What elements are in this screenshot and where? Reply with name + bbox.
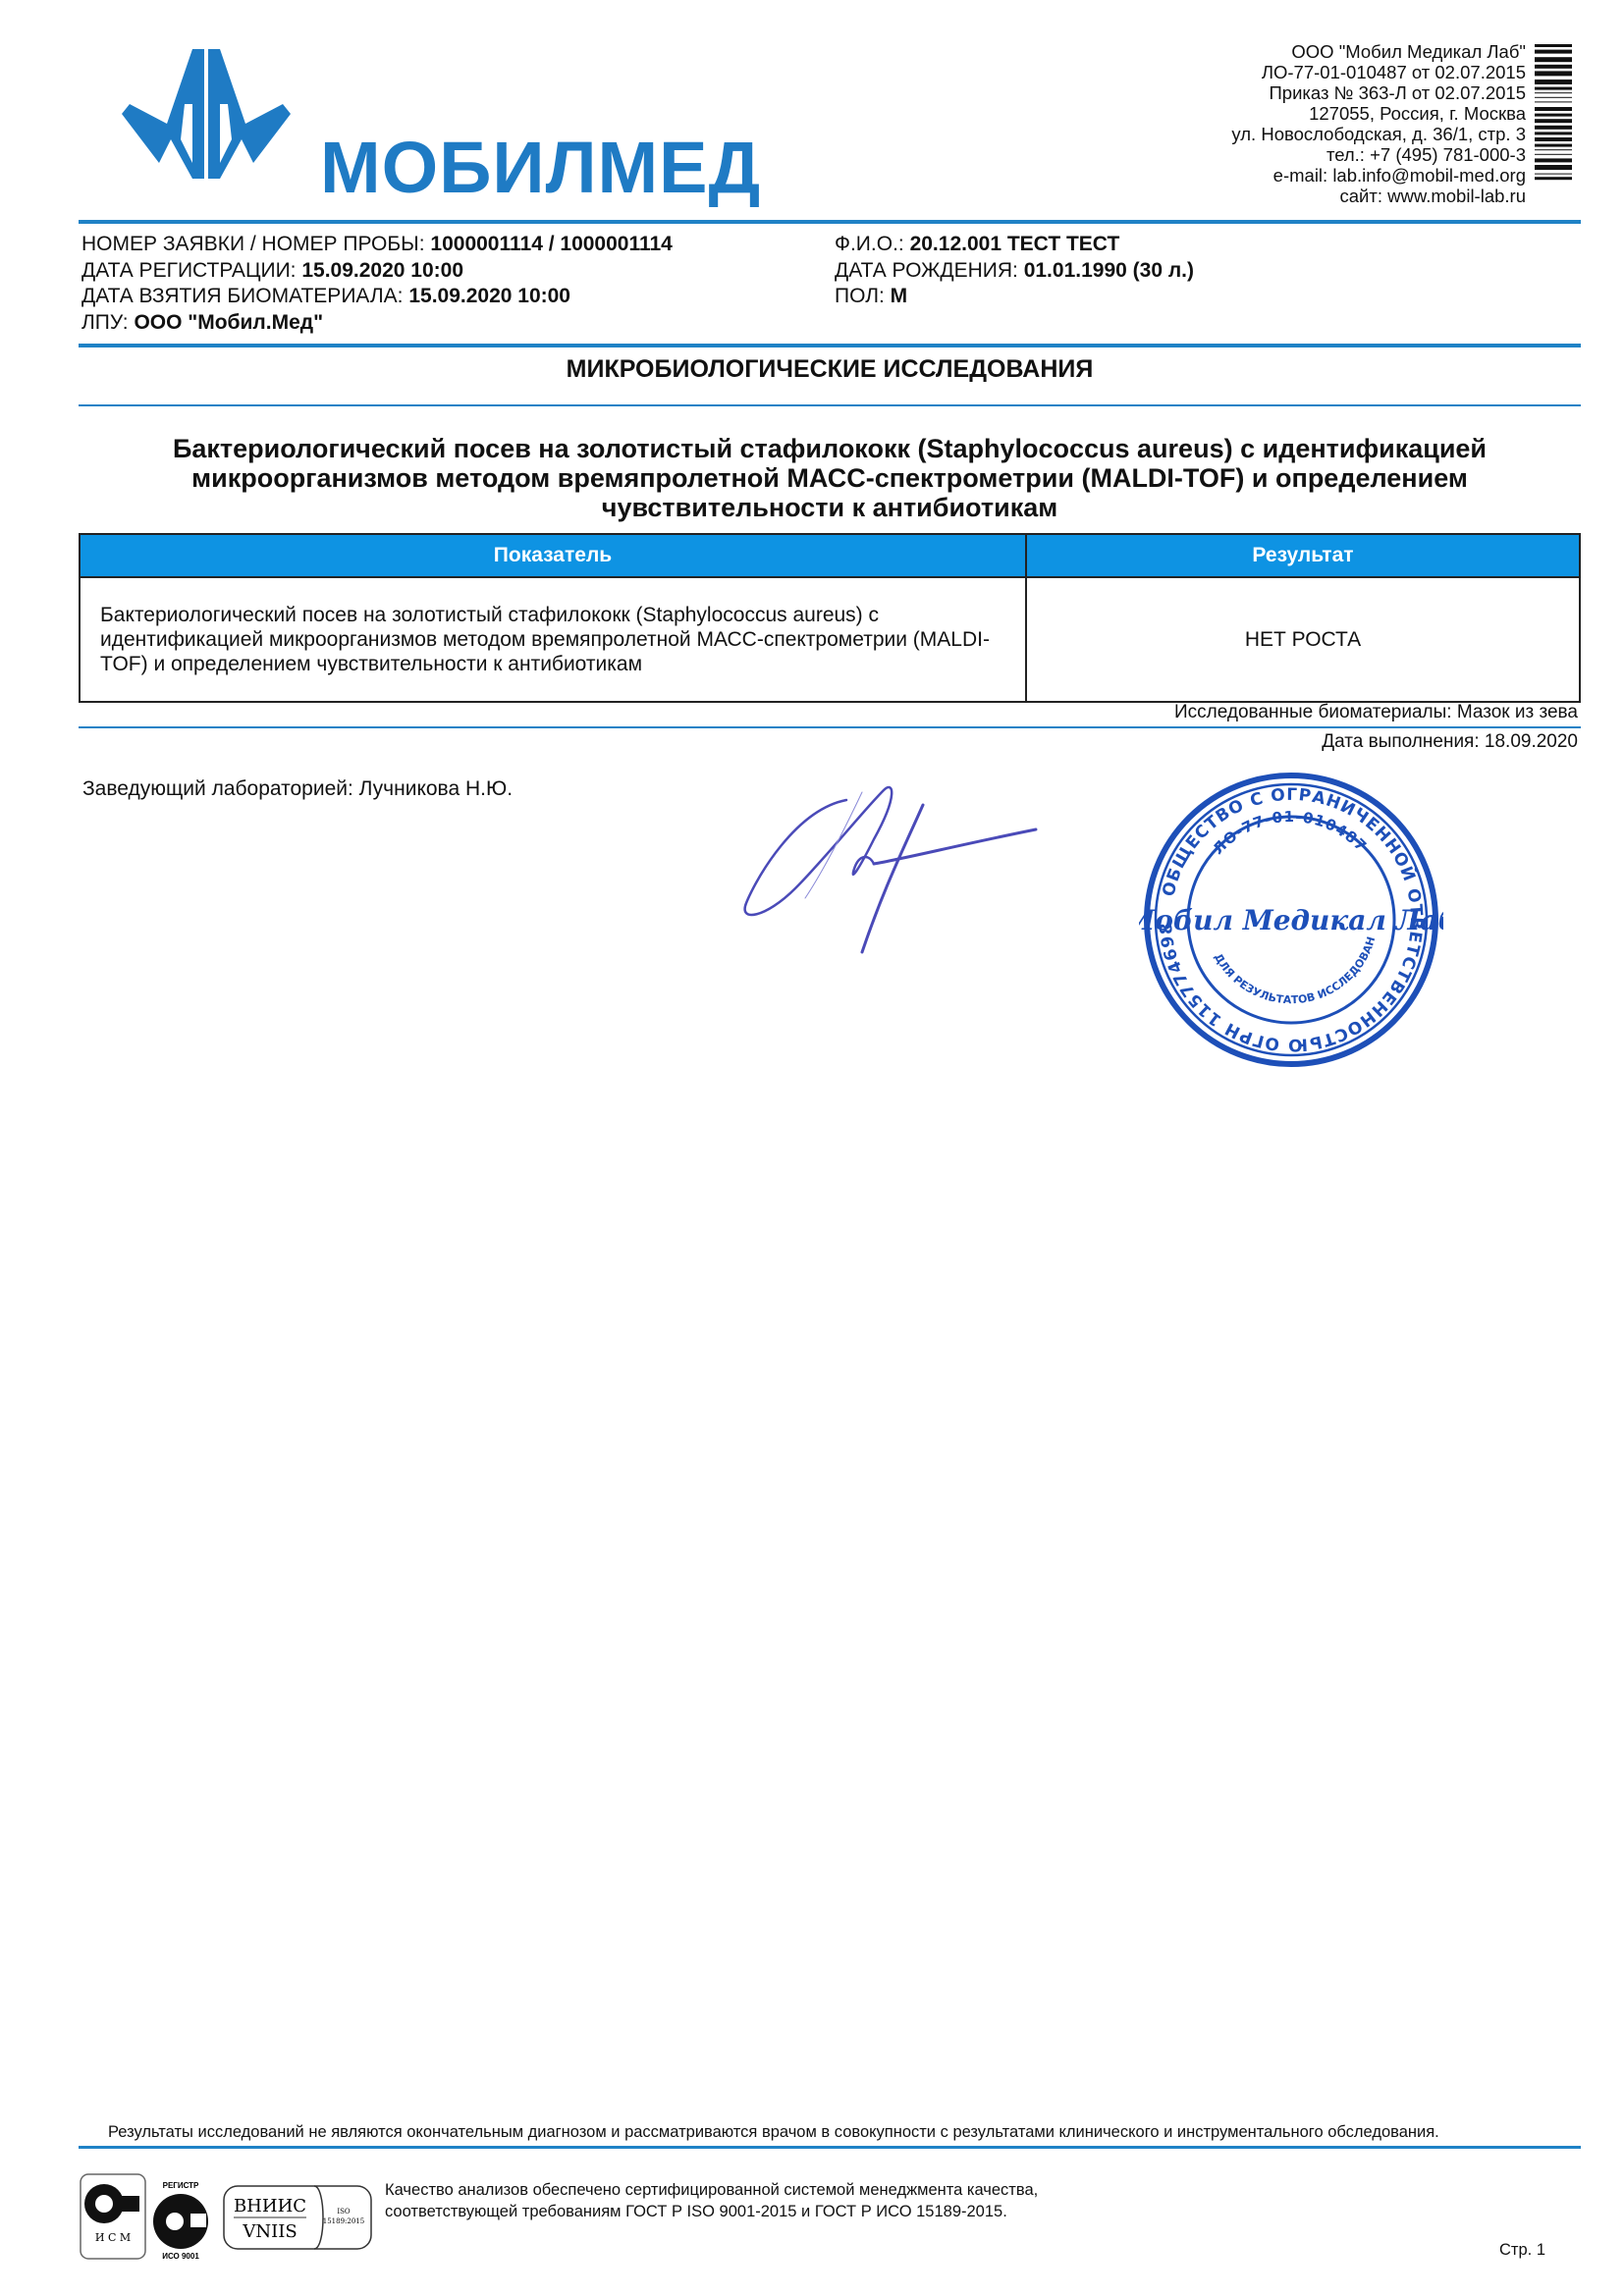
biomaterial-divider: [79, 726, 1581, 728]
org-website: сайт: www.mobil-lab.ru: [1231, 186, 1526, 206]
certification-logos: И С М РЕГИСТР ИСО 9001 ВНИИС VNIIS ISO 1…: [79, 2172, 373, 2266]
column-header-result: Результат: [1026, 534, 1580, 577]
patient-info: Ф.И.О.: 20.12.001 ТЕСТ ТЕСТ ДАТА РОЖДЕНИ…: [835, 232, 1194, 310]
quality-line-1: Качество анализов обеспечено сертифициро…: [385, 2179, 1038, 2201]
svg-text:ISO: ISO: [337, 2208, 351, 2216]
clinic-row: ЛПУ: ООО "Мобил.Мед": [81, 310, 673, 337]
page-number: Стр. 1: [1499, 2241, 1545, 2260]
org-license: ЛО-77-01-010487 от 02.07.2015: [1231, 62, 1526, 82]
table-header-row: Показатель Результат: [80, 534, 1580, 577]
registration-date-row: ДАТА РЕГИСТРАЦИИ: 15.09.2020 10:00: [81, 258, 673, 285]
test-title: Бактериологический посев на золотистый с…: [98, 434, 1561, 522]
rst-registry-cert-icon: РЕГИСТР ИСО 9001: [153, 2181, 208, 2261]
org-order: Приказ № 363-Л от 02.07.2015: [1231, 82, 1526, 103]
biomaterial-note: Исследованные биоматериалы: Мазок из зев…: [1174, 702, 1578, 723]
vniis-cert-icon: ВНИИС VNIIS ISO 15189:2015: [224, 2186, 371, 2249]
patient-name-row: Ф.И.О.: 20.12.001 ТЕСТ ТЕСТ: [835, 232, 1194, 258]
parameter-cell: Бактериологический посев на золотистый с…: [80, 577, 1026, 702]
head-of-laboratory: Заведующий лабораторией: Лучникова Н.Ю.: [82, 777, 513, 801]
company-logo-icon: [116, 45, 322, 183]
order-info: НОМЕР ЗАЯВКИ / НОМЕР ПРОБЫ: 1000001114 /…: [81, 232, 673, 336]
rst-ism-cert-icon: И С М: [81, 2174, 145, 2259]
execution-date: Дата выполнения: 18.09.2020: [1322, 731, 1578, 753]
org-city: 127055, Россия, г. Москва: [1231, 103, 1526, 124]
section-divider-top: [79, 344, 1581, 347]
results-table: Показатель Результат Бактериологический …: [79, 533, 1581, 703]
sex-row: ПОЛ: М: [835, 284, 1194, 310]
order-number-row: НОМЕР ЗАЯВКИ / НОМЕР ПРОБЫ: 1000001114 /…: [81, 232, 673, 258]
quality-statement: Качество анализов обеспечено сертифициро…: [385, 2179, 1038, 2222]
disclaimer: Результаты исследований не являются окон…: [108, 2123, 1439, 2142]
section-title: МИКРОБИОЛОГИЧЕСКИЕ ИССЛЕДОВАНИЯ: [79, 355, 1581, 384]
section-divider-bottom: [79, 404, 1581, 406]
result-cell: НЕТ РОСТА: [1026, 577, 1580, 702]
birth-date-row: ДАТА РОЖДЕНИЯ: 01.01.1990 (30 л.): [835, 258, 1194, 285]
org-phone: тел.: +7 (495) 781-000-3: [1231, 144, 1526, 165]
stamp-center-text: «Мобил Медикал Лаб»: [1139, 904, 1443, 936]
brand-name: МОБИЛМЕД: [320, 126, 761, 209]
svg-text:ИСО 9001: ИСО 9001: [162, 2252, 199, 2261]
organization-details: ООО "Мобил Медикал Лаб" ЛО-77-01-010487 …: [1231, 41, 1526, 206]
sample-date-row: ДАТА ВЗЯТИЯ БИОМАТЕРИАЛА: 15.09.2020 10:…: [81, 284, 673, 310]
svg-text:15189:2015: 15189:2015: [323, 2217, 364, 2225]
footer-divider: [79, 2146, 1581, 2149]
barcode-icon: [1535, 44, 1572, 213]
svg-text:И С М: И С М: [95, 2231, 131, 2244]
svg-text:ВНИИС: ВНИИС: [234, 2196, 306, 2216]
signature-icon: [736, 771, 1051, 967]
quality-line-2: соответствующей требованиям ГОСТ Р ISO 9…: [385, 2201, 1038, 2222]
org-street: ул. Новослободская, д. 36/1, стр. 3: [1231, 124, 1526, 144]
svg-text:VNIIS: VNIIS: [242, 2221, 297, 2242]
header-divider: [79, 220, 1581, 224]
svg-text:РЕГИСТР: РЕГИСТР: [163, 2181, 199, 2190]
org-name: ООО "Мобил Медикал Лаб": [1231, 41, 1526, 62]
org-email: e-mail: lab.info@mobil-med.org: [1231, 165, 1526, 186]
table-row: Бактериологический посев на золотистый с…: [80, 577, 1580, 702]
company-stamp-icon: ОБЩЕСТВО С ОГРАНИЧЕННОЙ ОТВЕТСТВЕННОСТЬЮ…: [1139, 768, 1443, 1072]
column-header-parameter: Показатель: [80, 534, 1026, 577]
